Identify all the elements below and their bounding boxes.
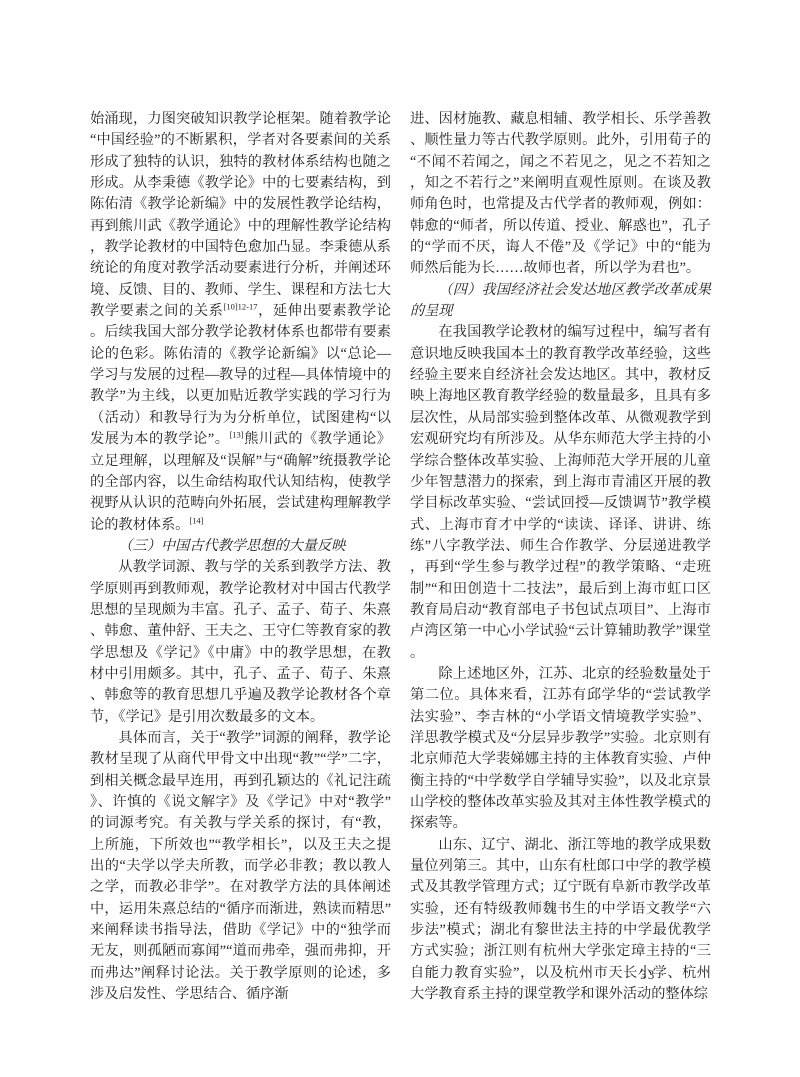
body-paragraph: 具体而言，关于“教学”词源的阐释，教学论教材呈现了从商代甲骨文中出现“教”“学”… [90,728,391,1005]
left-text-column: 始涌现，力图突破知识教学论框架。随着教学论“中国经验”的不断累积，学者对各要素间… [90,109,391,1005]
body-paragraph: 在我国教学论教材的编写过程中，编写者有意识地反映我国本土的教育教学改革经验，这些… [410,322,711,664]
document-page: 始涌现，力图突破知识教学论框架。随着教学论“中国经验”的不断累积，学者对各要素间… [0,0,800,1077]
section-heading: （三）中国古代教学思想的大量反映 [90,536,391,557]
body-paragraph: 除上述地区外，江苏、北京的经验数量处于第二位。具体来看，江苏有邱学华的“尝试教学… [410,664,711,835]
citation-superscript: [10]12-17 [224,301,258,311]
citation-superscript: [13] [229,429,243,439]
body-paragraph: 进、因材施教、藏息相辅、教学相长、乐学善教、顺性量力等古代教学原则。此外，引用荀… [410,109,711,280]
section-heading: （四）我国经济社会发达地区教学改革成果的呈现 [410,280,711,323]
right-text-column: 进、因材施教、藏息相辅、教学相长、乐学善教、顺性量力等古代教学原则。此外，引用荀… [410,109,711,1005]
page-number: · 33 · [608,968,688,983]
body-paragraph: 从教学词源、教与学的关系到教学方法、教学原则再到教师观，教学论教材对中国古代教学… [90,557,391,728]
citation-superscript: [14] [189,515,203,525]
body-paragraph: 始涌现，力图突破知识教学论框架。随着教学论“中国经验”的不断累积，学者对各要素间… [90,109,391,536]
